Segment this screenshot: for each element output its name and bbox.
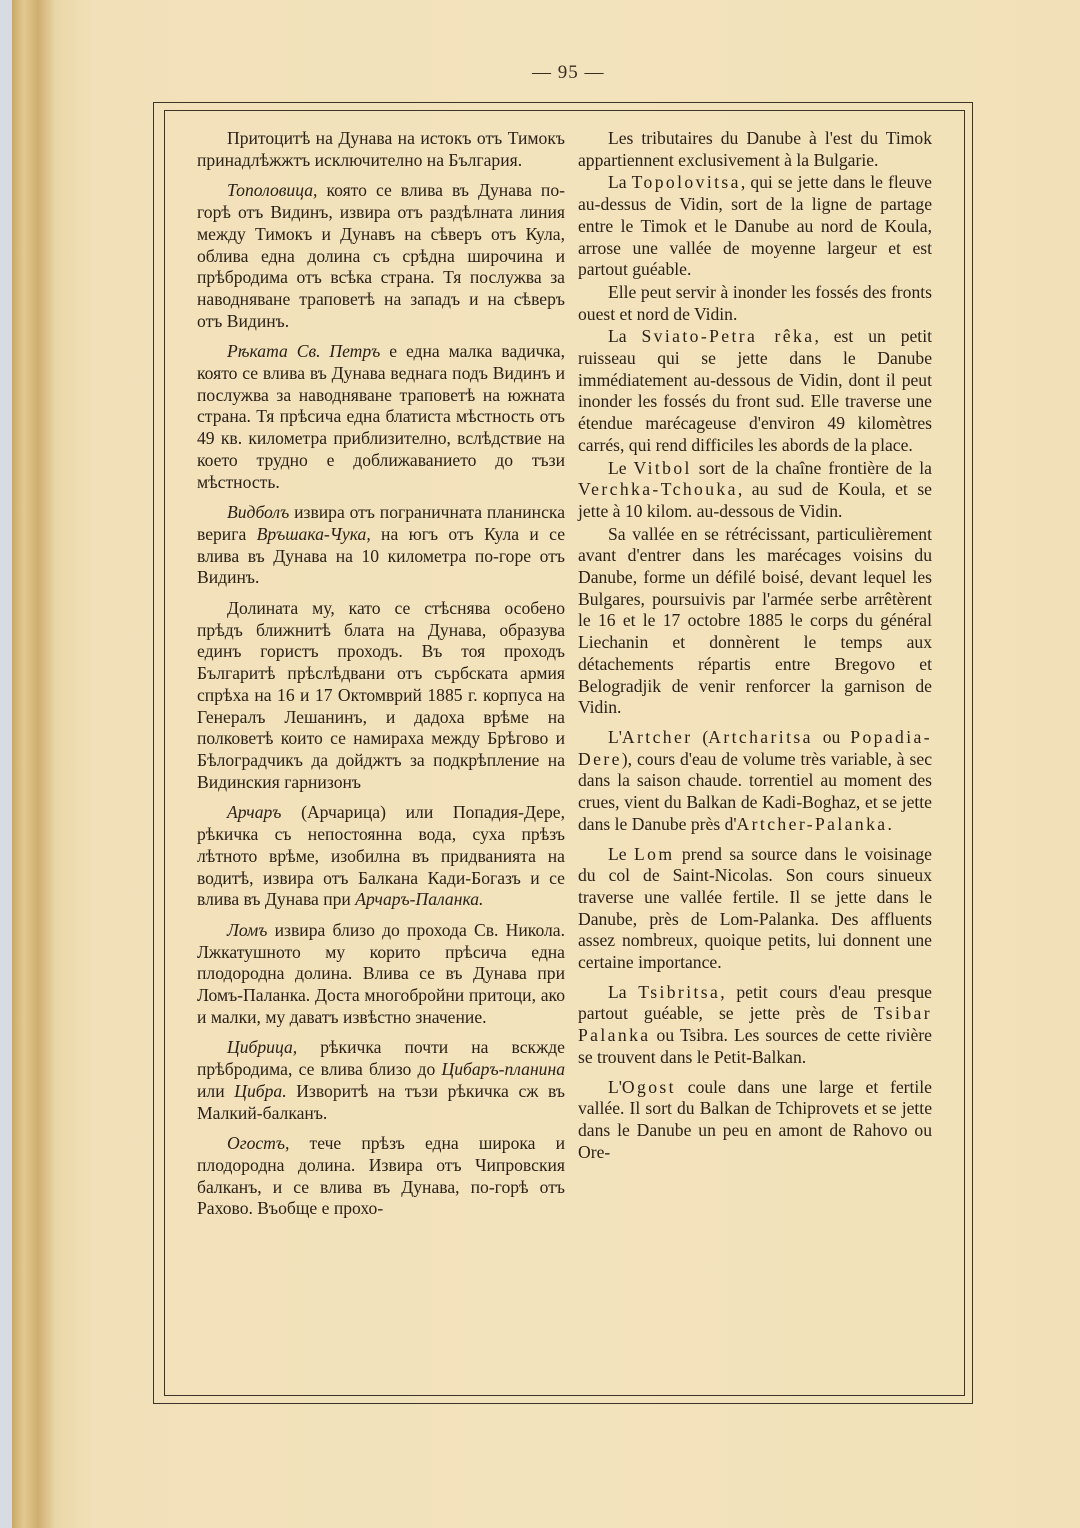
fr-paragraph-vitbol: Le Vitbol sort de la chaîne frontière de…	[578, 458, 932, 523]
text: sort de la chaîne frontière de la	[692, 458, 932, 478]
bg-paragraph-vidbol: Видболъ извира отъ пограничната планинск…	[197, 502, 565, 589]
river-name: Topolovitsa	[632, 172, 741, 192]
text: (	[692, 727, 708, 747]
text: La	[608, 172, 632, 192]
text: Les tributaires du Danube à l'est du Tim…	[578, 128, 932, 170]
river-name: Рѣката Св. Петръ	[227, 341, 380, 361]
river-name: Видболъ	[227, 502, 289, 522]
fr-paragraph-topolovitsa: La Topolovitsa, qui se jette dans le fle…	[578, 172, 932, 281]
town-name: Арчаръ-Паланка.	[355, 889, 483, 909]
fr-paragraph-tsibritsa: La Tsibritsa, petit cours d'eau presque …	[578, 982, 932, 1069]
mountain-name: Връшака-Чука,	[257, 524, 371, 544]
text: La	[608, 326, 641, 346]
text: която се влива въ Дунава по-горѣ отъ Вид…	[197, 180, 565, 330]
river-name: Sviato-Petra rêka	[641, 326, 814, 346]
text: Sa vallée en se rétrécissant, particuliè…	[578, 524, 932, 718]
town-name: Artcher-Palanka	[737, 814, 888, 834]
bg-paragraph-intro: Притоцитѣ на Дунава на истокъ отъ Тимокъ…	[197, 128, 565, 171]
river-alt-name: Artcharitsa	[708, 727, 813, 747]
mountain-name: Цибаръ-планина	[442, 1059, 565, 1079]
mountain-name: Verchka-Tchouka	[578, 479, 738, 499]
river-name: Lom	[634, 844, 674, 864]
fr-paragraph-fosses: Elle peut servir à inonder les fossés de…	[578, 282, 932, 325]
river-name: Ломъ	[227, 920, 267, 940]
text: La	[608, 982, 638, 1002]
french-column: Les tributaires du Danube à l'est du Tim…	[578, 128, 932, 1164]
river-name: Ogost	[622, 1077, 676, 1097]
river-name: Тополовица,	[227, 180, 317, 200]
text: ou	[813, 727, 850, 747]
river-name: Artcher	[622, 727, 693, 747]
text: L'	[608, 727, 622, 747]
fr-paragraph-sviato-petra: La Sviato-Petra rêka, est un petit ruiss…	[578, 326, 932, 456]
page-number: — 95 —	[532, 62, 605, 84]
bg-paragraph-valley: Долината му, като се стѣснява особено пр…	[197, 598, 565, 793]
fr-paragraph-vallee: Sa vallée en se rétrécissant, particuliè…	[578, 524, 932, 719]
bulgarian-column: Притоцитѣ на Дунава на истокъ отъ Тимокъ…	[197, 128, 565, 1229]
river-name: Огостъ,	[227, 1133, 289, 1153]
bg-paragraph-archar: Арчаръ (Арчарица) или Попадия-Дере, рѣки…	[197, 802, 565, 911]
bg-paragraph-topolovitsa: Тополовица, която се влива въ Дунава по-…	[197, 180, 565, 332]
bg-paragraph-sv-petar: Рѣката Св. Петръ е една малка вадичка, к…	[197, 341, 565, 493]
river-name: Цибрица,	[227, 1037, 297, 1057]
text: Le	[608, 844, 634, 864]
bg-paragraph-ogost: Огостъ, тече прѣзъ една широка и плодоро…	[197, 1133, 565, 1220]
bg-paragraph-lom: Ломъ извира близо до прохода Св. Никола.…	[197, 920, 565, 1029]
text: е една малка вадичка, която се влива въ …	[197, 341, 565, 491]
river-name: Vitbol	[634, 458, 692, 478]
text: Долината му, като се стѣснява особено пр…	[197, 598, 565, 792]
text: или	[197, 1081, 234, 1101]
river-name: Tsibritsa	[638, 982, 720, 1002]
fr-paragraph-intro: Les tributaires du Danube à l'est du Tim…	[578, 128, 932, 171]
text: Притоцитѣ на Дунава на истокъ отъ Тимокъ…	[197, 128, 565, 170]
fr-paragraph-lom: Le Lom prend sa source dans le voisinage…	[578, 844, 932, 974]
text: Le	[608, 458, 634, 478]
text: .	[887, 814, 891, 834]
river-name: Арчаръ	[227, 802, 281, 822]
bg-paragraph-tsibritsa: Цибрица, рѣкичка почти на вскжде прѣброд…	[197, 1037, 565, 1124]
scan-edge	[0, 0, 12, 1528]
town-name: Цибра.	[234, 1081, 286, 1101]
fr-paragraph-artcher: L'Artcher (Artcharitsa ou Popadia-Dere),…	[578, 727, 932, 836]
text: Elle peut servir à inonder les fossés de…	[578, 282, 932, 324]
text: L'	[608, 1077, 622, 1097]
fr-paragraph-ogost: L'Ogost coule dans une large et fertile …	[578, 1077, 932, 1164]
